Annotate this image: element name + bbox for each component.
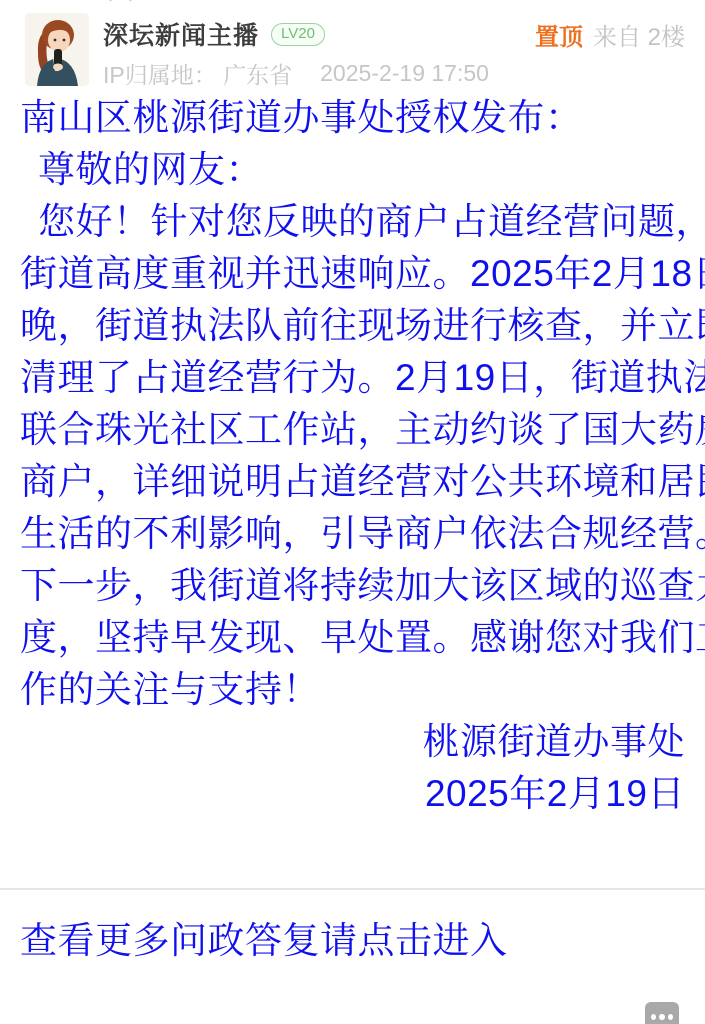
post-body-line: 2025年2月19日	[20, 768, 685, 820]
collapse-chevron-icon[interactable]	[108, 0, 132, 12]
header-row-top: 深坛新闻主播 LV20 置顶 来自 2楼	[103, 18, 685, 50]
footer-divider	[0, 888, 705, 890]
post-body-line: 晚，街道执法队前往现场进行核查，并立即	[20, 300, 685, 352]
floor-label: 来自 2楼	[593, 17, 685, 52]
header-row-meta: IP归属地： 广东省 2025-2-19 17:50	[103, 57, 685, 90]
post-body-line: 尊敬的网友：	[20, 144, 685, 196]
post-body-line: 您好！针对您反映的商户占道经营问题，我	[20, 196, 685, 248]
post-body-line: 联合珠光社区工作站，主动约谈了国大药房	[20, 404, 685, 456]
avatar-image	[25, 13, 89, 86]
post-body-line: 南山区桃源街道办事处授权发布：	[20, 92, 685, 144]
ellipsis-icon	[651, 1014, 656, 1020]
author-name[interactable]: 深坛新闻主播	[103, 16, 259, 52]
post-body-line: 下一步，我街道将持续加大该区域的巡查力	[20, 560, 685, 612]
post-body-line: 桃源街道办事处	[20, 716, 685, 768]
post-body: 南山区桃源街道办事处授权发布：尊敬的网友：您好！针对您反映的商户占道经营问题，我…	[20, 92, 685, 820]
avatar[interactable]	[25, 13, 89, 86]
post-body-line: 生活的不利影响，引导商户依法合规经营。	[20, 508, 685, 560]
post-body-line: 清理了占道经营行为。2月19日，街道执法队	[20, 352, 685, 404]
more-button[interactable]	[645, 1002, 679, 1024]
post-body-line: 商户，详细说明占道经营对公共环境和居民	[20, 456, 685, 508]
post-body-line: 街道高度重视并迅速响应。2025年2月18日	[20, 248, 685, 300]
pinned-badge: 置顶	[535, 17, 583, 52]
ip-location: IP归属地： 广东省	[103, 57, 292, 90]
post-body-line: 作的关注与支持！	[20, 664, 685, 716]
level-badge: LV20	[271, 23, 325, 46]
more-replies-link[interactable]: 查看更多问政答复请点击进入	[20, 916, 508, 966]
post-time: 2025-2-19 17:50	[320, 60, 489, 87]
post-header: 深坛新闻主播 LV20 置顶 来自 2楼 IP归属地： 广东省 2025-2-1…	[25, 13, 685, 89]
post-body-line: 度，坚持早发现、早处置。感谢您对我们工	[20, 612, 685, 664]
